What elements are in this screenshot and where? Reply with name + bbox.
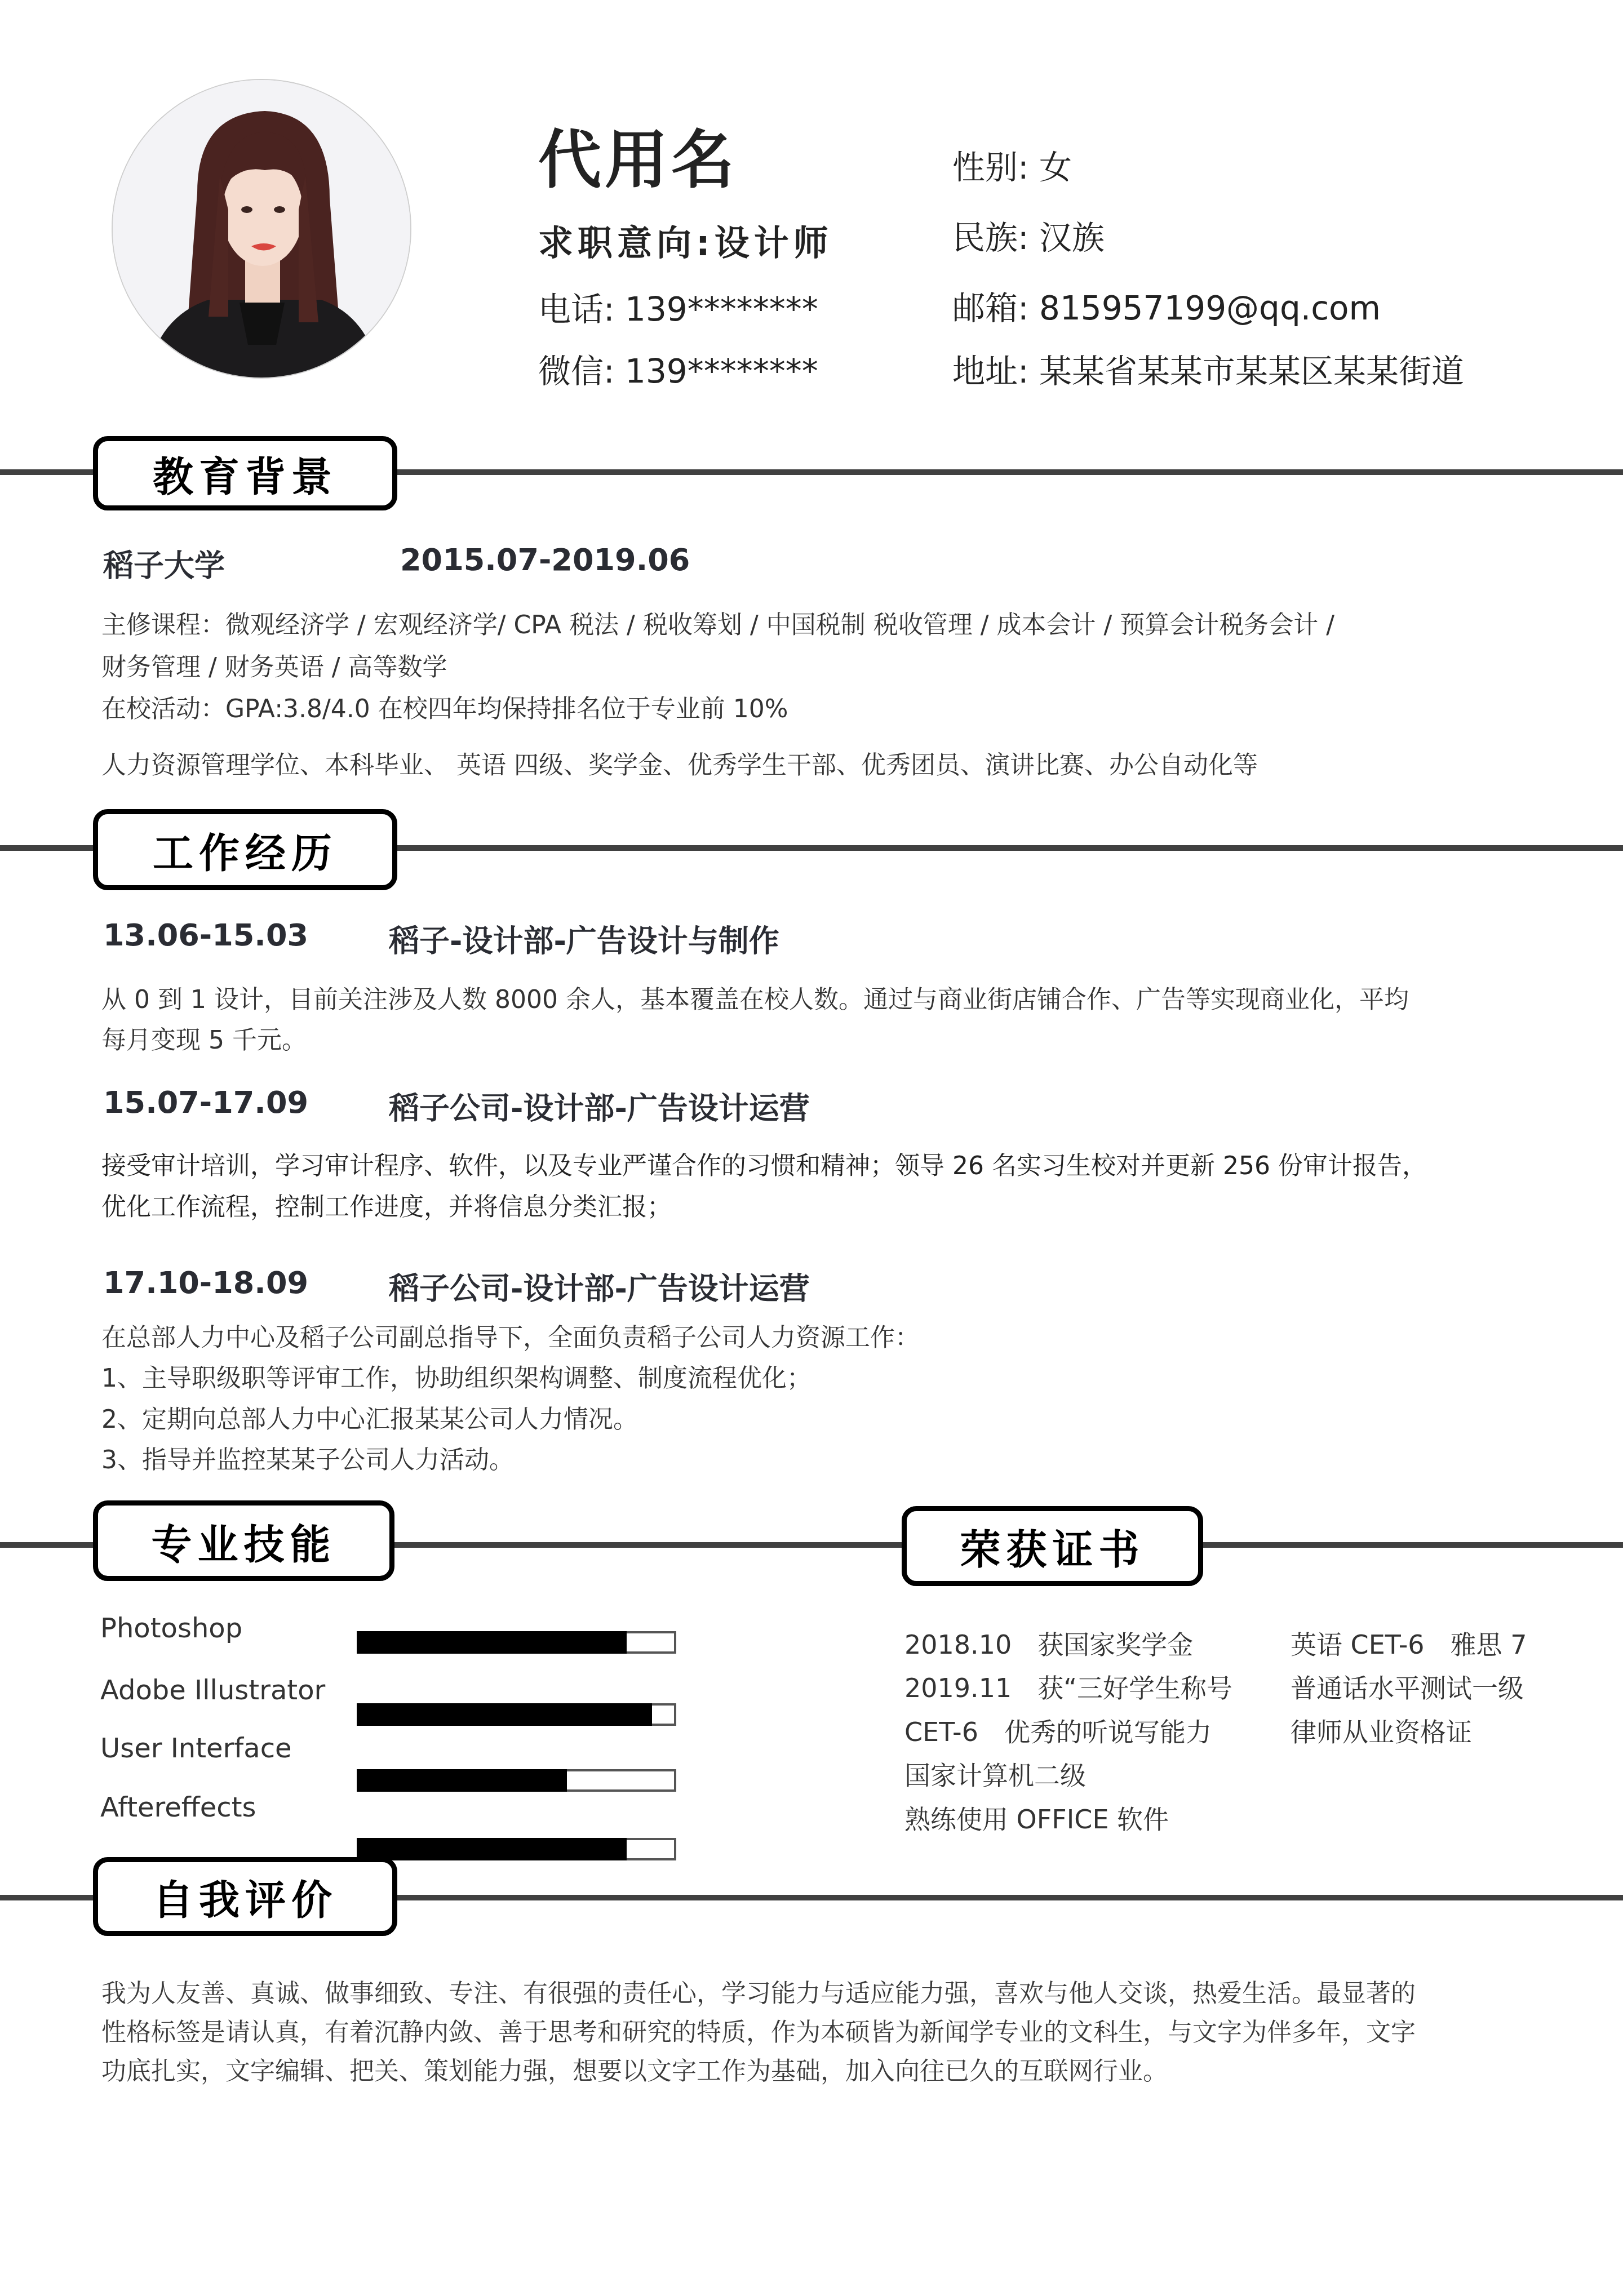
certificate-item: 熟练使用 OFFICE 软件 bbox=[904, 1799, 1169, 1836]
skill-bar-fill bbox=[357, 1838, 627, 1860]
candidate-name: 代用名 bbox=[538, 110, 738, 201]
courses-line-1: 主修课程：微观经济学 / 宏观经济学/ CPA 税法 / 税收筹划 / 中国税制… bbox=[101, 605, 1334, 641]
section-header-education: 教育背景 bbox=[93, 436, 397, 510]
certificate-item: 国家计算机二级 bbox=[904, 1755, 1086, 1792]
work-title: 稻子公司-设计部-广告设计运营 bbox=[389, 1085, 810, 1128]
work-desc-line: 在总部人力中心及稻子公司副总指导下，全面负责稻子公司人力资源工作： bbox=[101, 1317, 920, 1353]
job-intent: 求职意向:设计师 bbox=[538, 215, 833, 265]
certificate-item: 律师从业资格证 bbox=[1291, 1712, 1472, 1749]
certificate-item: 2019.11 获“三好学生称号 bbox=[904, 1668, 1232, 1705]
ethnicity-info: 民族: 汉族 bbox=[952, 211, 1105, 259]
school-period: 2015.07-2019.06 bbox=[400, 542, 690, 578]
work-period: 13.06-15.03 bbox=[103, 917, 308, 953]
self-eval-line: 我为人友善、真诚、做事细致、专注、有很强的责任心，学习能力与适应能力强，喜欢与他… bbox=[101, 1973, 1416, 2009]
certificate-item: 英语 CET-6 雅思 7 bbox=[1291, 1624, 1527, 1662]
work-desc-line: 1、主导职级职等评审工作，协助组织架构调整、制度流程优化； bbox=[101, 1358, 812, 1394]
work-title: 稻子-设计部-广告设计与制作 bbox=[389, 917, 779, 961]
school-name: 稻子大学 bbox=[103, 542, 225, 585]
work-desc-line: 接受审计培训，学习审计程序、软件，以及专业严谨合作的习惯和精神；领导 26 名实… bbox=[101, 1145, 1427, 1182]
phone-info: 电话: 139******** bbox=[538, 283, 818, 330]
work-desc-line: 每月变现 5 千元。 bbox=[101, 1020, 307, 1056]
section-header-self-eval: 自我评价 bbox=[93, 1857, 397, 1936]
skill-bar-fill bbox=[357, 1631, 627, 1654]
section-header-work: 工作经历 bbox=[93, 809, 397, 890]
avatar-photo bbox=[112, 79, 411, 379]
work-period: 15.07-17.09 bbox=[103, 1085, 308, 1120]
courses-line-2: 财务管理 / 财务英语 / 高等数学 bbox=[101, 647, 447, 683]
work-desc-line: 2、定期向总部人力中心汇报某某公司人力情况。 bbox=[101, 1399, 638, 1435]
email-info: 邮箱: 815957199@qq.com bbox=[952, 282, 1381, 329]
work-desc-line: 3、指导并监控某某子公司人力活动。 bbox=[101, 1440, 514, 1476]
wechat-info: 微信: 139******** bbox=[538, 345, 818, 392]
address-info: 地址: 某某省某某市某某区某某街道 bbox=[952, 345, 1464, 392]
skill-bar-illustrator bbox=[357, 1703, 676, 1726]
skill-label-aftereffects: Aftereffects bbox=[100, 1792, 256, 1823]
self-eval-line: 性格标签是请认真，有着沉静内敛、善于思考和研究的特质，作为本硕皆为新闻学专业的文… bbox=[101, 2012, 1416, 2048]
certificate-item: 2018.10 获国家奖学金 bbox=[904, 1624, 1193, 1662]
school-activities: 在校活动：GPA:3.8/4.0 在校四年均保持排名位于专业前 10% bbox=[101, 689, 788, 725]
certificate-item: CET-6 优秀的听说写能力 bbox=[904, 1712, 1212, 1749]
section-header-certificates: 荣获证书 bbox=[902, 1506, 1203, 1586]
skill-bar-fill bbox=[357, 1769, 567, 1792]
skill-bar-aftereffects bbox=[357, 1838, 676, 1860]
portrait-photo-icon bbox=[113, 80, 410, 378]
work-period: 17.10-18.09 bbox=[103, 1265, 308, 1300]
gender-info: 性别: 女 bbox=[952, 141, 1072, 188]
skill-label-photoshop: Photoshop bbox=[100, 1613, 242, 1644]
certificate-item: 普通话水平测试一级 bbox=[1291, 1668, 1524, 1705]
self-eval-line: 功底扎实，文字编辑、把关、策划能力强，想要以文字工作为基础，加入向往已久的互联网… bbox=[101, 2051, 1168, 2087]
skill-bar-fill bbox=[357, 1703, 652, 1726]
section-header-skills: 专业技能 bbox=[93, 1500, 394, 1581]
work-desc-line: 从 0 到 1 设计，目前关注涉及人数 8000 余人，基本覆盖在校人数。通过与… bbox=[101, 979, 1409, 1015]
work-title: 稻子公司-设计部-广告设计运营 bbox=[389, 1265, 810, 1308]
skill-label-user-interface: User Interface bbox=[100, 1733, 292, 1764]
skill-bar-user-interface bbox=[357, 1769, 676, 1792]
work-desc-line: 优化工作流程，控制工作进度，并将信息分类汇报； bbox=[101, 1187, 672, 1223]
skill-label-illustrator: Adobe Illustrator bbox=[100, 1675, 325, 1706]
school-honors: 人力资源管理学位、本科毕业、 英语 四级、奖学金、优秀学生干部、优秀团员、演讲比… bbox=[101, 745, 1258, 781]
skill-bar-photoshop bbox=[357, 1631, 676, 1654]
